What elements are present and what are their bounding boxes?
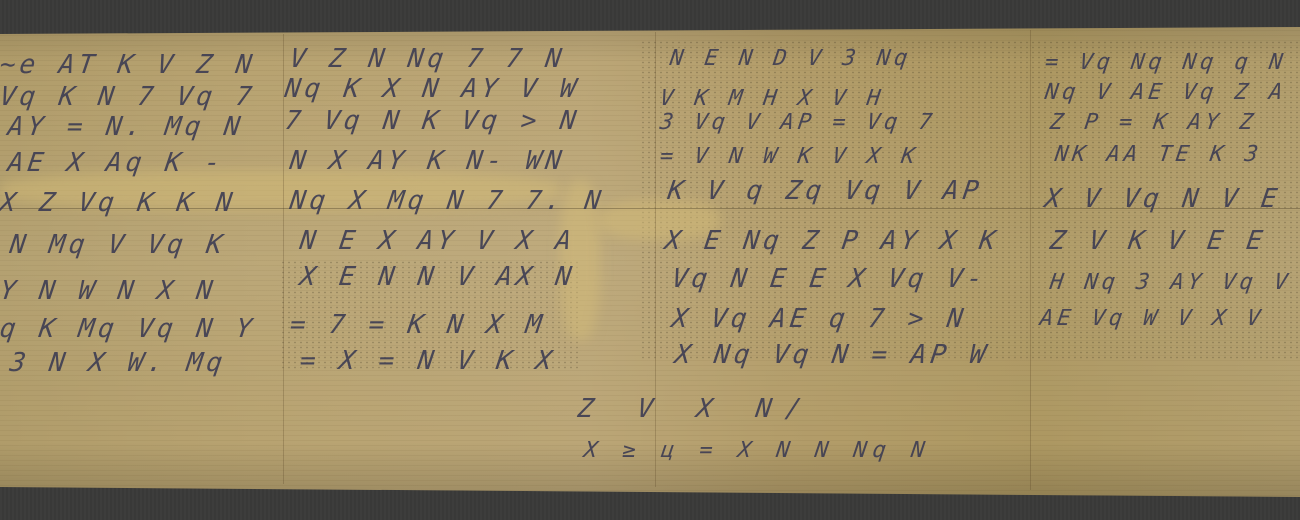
script-line: X E Nq Z P AY X K — [663, 226, 1001, 256]
script-line: ~e AT K V Z N — [0, 50, 258, 80]
script-line: X Nq Vq N = AP W — [673, 340, 992, 370]
script-line: H Nq 3 AY Vq V — [1048, 270, 1293, 295]
script-line: X Vq AE q 7 > N — [670, 304, 969, 334]
script-line: 7 Vq N K Vq > N — [283, 106, 582, 136]
script-line: V Z N Nq 7 7 N — [288, 44, 567, 74]
script-line: q K Mq Vq N Y — [0, 314, 258, 344]
script-line: Vq N E E X Vq V- — [670, 264, 989, 294]
script-line: K V q Zq Vq V AP — [666, 176, 985, 206]
script-line: X E N N V AX N — [298, 262, 577, 292]
script-line: Nq V AE Vq Z A — [1043, 80, 1288, 105]
bamboo-manuscript: ~e AT K V Z N Vq K N 7 Vq 7 AY = N. Mq N… — [0, 0, 1300, 520]
column-seam — [1030, 30, 1031, 490]
script-line: N X AY K N- WN — [288, 146, 567, 176]
script-line: N E X AY V X A — [298, 226, 577, 256]
script-line: AY = N. Mq N — [6, 112, 246, 142]
script-line: = Vq Nq Nq q N — [1043, 50, 1288, 75]
script-line: N Mq V Vq K — [8, 230, 228, 260]
script-line: = 7 = K N X M — [288, 310, 548, 340]
script-line: Y N W N X N — [0, 276, 218, 306]
script-line: = X = N V K X — [298, 346, 558, 376]
script-line: NK AA TE K 3 — [1053, 142, 1263, 167]
script-line: Z P = K AY Z — [1048, 110, 1258, 135]
script-line: AE X Aq K - — [6, 148, 226, 178]
script-line: X Z Vq K K N — [0, 188, 238, 218]
script-line: X ≥ ц = X N N Nq N — [582, 438, 932, 463]
script-line: V K M H X V H — [658, 86, 886, 111]
script-line: AE Vq W V X V — [1038, 306, 1266, 331]
script-line: Z V X N/ — [576, 394, 817, 424]
script-line: Z V K V E E — [1048, 226, 1268, 256]
script-line: 3 Vq V AP = Vq 7 — [658, 110, 937, 135]
script-line: N E N D V 3 Nq — [668, 46, 913, 71]
script-line: 3 N X W. Mq — [8, 348, 228, 378]
script-line: Nq K X N AY V W — [283, 74, 582, 104]
script-line: Nq X Mq N 7 7. N — [288, 186, 607, 216]
script-line: X V Vq N V E — [1043, 184, 1283, 214]
script-line: = V N W K V X K — [658, 144, 920, 169]
script-line: Vq K N 7 Vq 7 — [0, 82, 258, 112]
